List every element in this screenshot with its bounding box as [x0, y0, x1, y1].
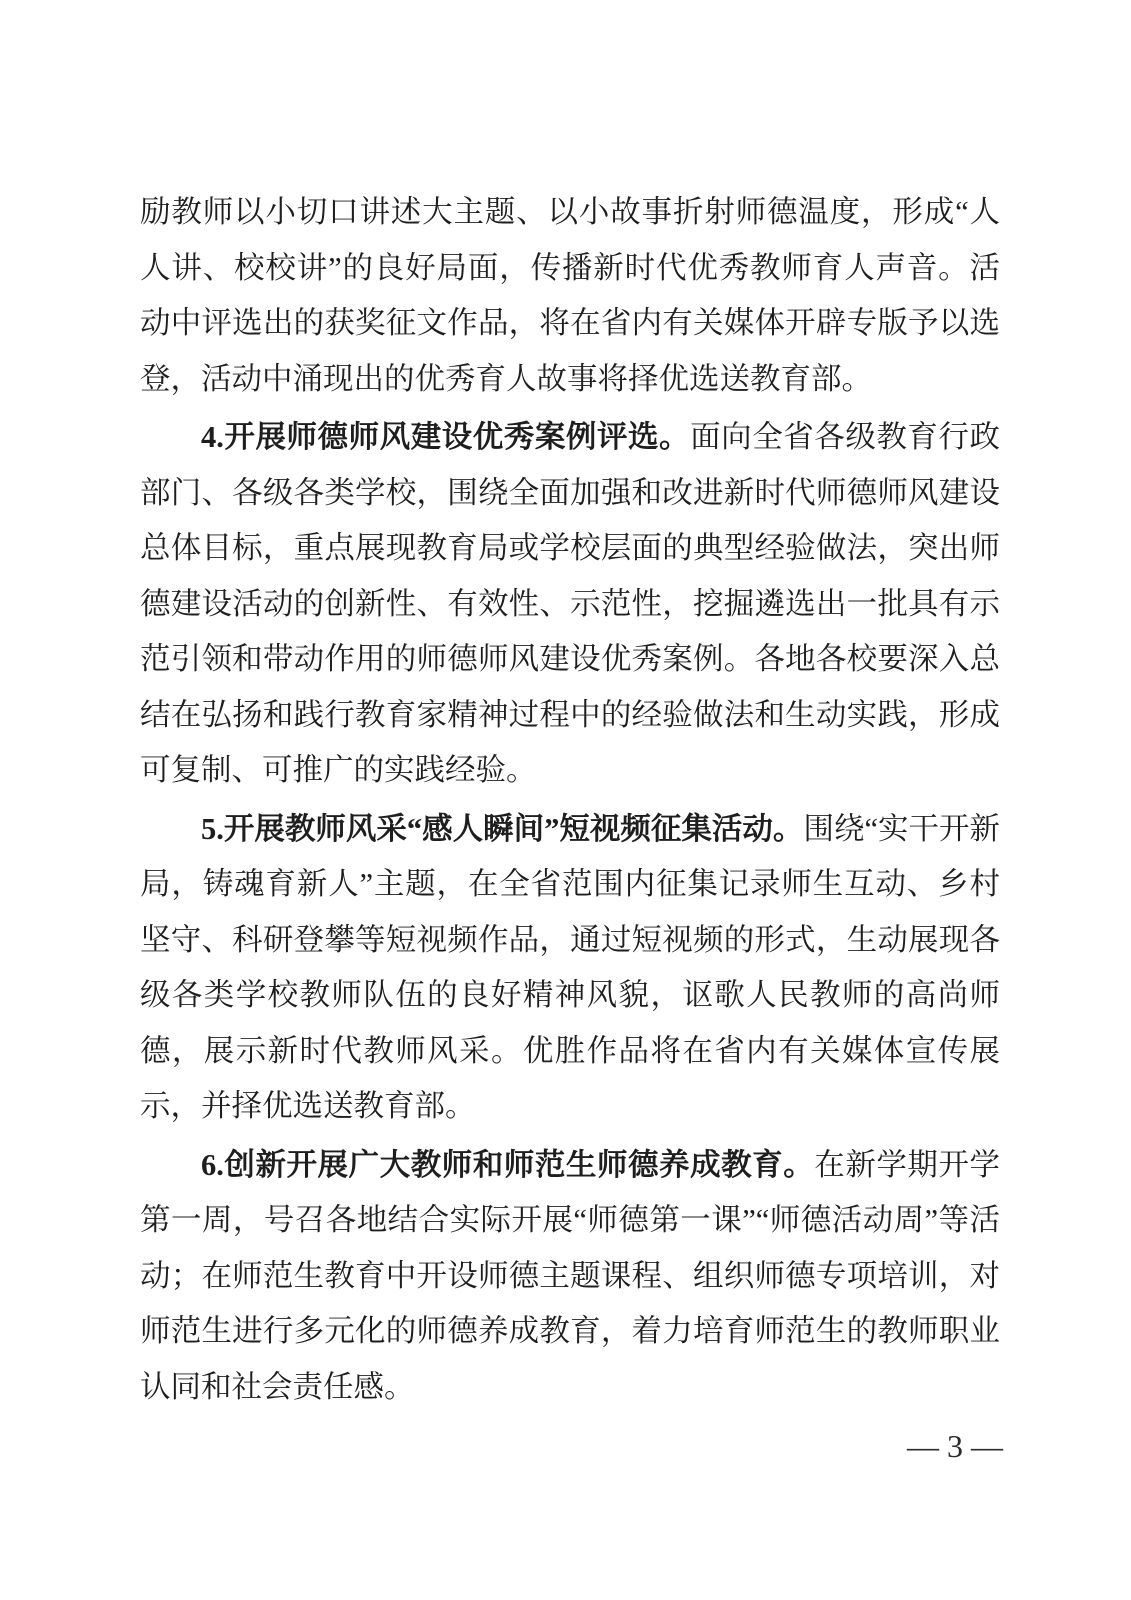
- paragraph-text: 励教师以小切口讲述大主题、以小故事折射师德温度，形成“人人讲、校校讲”的良好局面…: [140, 195, 1000, 396]
- paragraph-text: 在新学期开学第一周，号召各地结合实际开展“师德第一课”“师德活动周”等活动；在师…: [140, 1148, 1000, 1404]
- paragraph-lead: 4.开展师德师风建设优秀案例评选。: [201, 420, 690, 454]
- document-page: 励教师以小切口讲述大主题、以小故事折射师德温度，形成“人人讲、校校讲”的良好局面…: [0, 0, 1131, 1600]
- paragraph-lead: 6.创新开展广大教师和师范生师德养成教育。: [201, 1148, 814, 1182]
- paragraph-text: 围绕“实干开新局，铸魂育新人”主题，在全省范围内征集记录师生互动、乡村坚守、科研…: [140, 812, 1000, 1124]
- body-paragraph: 4.开展师德师风建设优秀案例评选。面向全省各级教育行政部门、各级各类学校，围绕全…: [140, 410, 1000, 799]
- paragraph-text: 面向全省各级教育行政部门、各级各类学校，围绕全面加强和改进新时代师德师风建设总体…: [140, 420, 1000, 787]
- paragraph-lead: 5.开展教师风采“感人瞬间”短视频征集活动。: [201, 812, 803, 846]
- body-paragraph: 励教师以小切口讲述大主题、以小故事折射师德温度，形成“人人讲、校校讲”的良好局面…: [140, 185, 1000, 407]
- body-paragraph: 6.创新开展广大教师和师范生师德养成教育。在新学期开学第一周，号召各地结合实际开…: [140, 1138, 1000, 1416]
- body-paragraph: 5.开展教师风采“感人瞬间”短视频征集活动。围绕“实干开新局，铸魂育新人”主题，…: [140, 802, 1000, 1135]
- document-body: 励教师以小切口讲述大主题、以小故事折射师德温度，形成“人人讲、校校讲”的良好局面…: [140, 185, 1000, 1418]
- page-number: — 3 —: [907, 1426, 1003, 1466]
